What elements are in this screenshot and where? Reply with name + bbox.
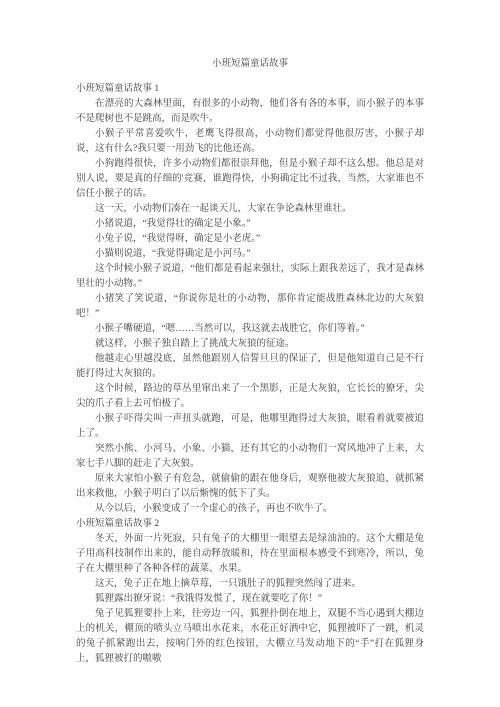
story-paragraph: 兔子见狐狸要扑上来，往旁边一闪，狐狸扑倒在地上，双腿不当心遇到大棚边上的机关，棚…	[76, 607, 424, 667]
story-paragraph: 小猴子吓得尖叫一声扭头就跑，可是，他哪里跑得过大灰狼，眼看着就要被追上了。	[76, 412, 424, 442]
story-paragraph: 小猴子嘴硬道，“嗯……当然可以，我这就去战胜它，你们等着。”	[76, 322, 424, 337]
document-page: 小班短篇童话故事 小班短篇童话故事 1在漂亮的大森林里面，有很多的小动物，他们各…	[0, 0, 500, 707]
story-paragraph: 原来大家怕小猴子有危急，就偷偷的跟在他身后，观察他被大灰狼追，就抓紧出来救他，小…	[76, 472, 424, 502]
story-paragraph: 就这样，小猴子独自踏上了挑战大灰狼的征途。	[76, 337, 424, 352]
story-paragraph: 这天，兔子正在地上摘草莓，一只饿肚子的狐狸突然闯了进来。	[76, 577, 424, 592]
story-paragraph: 这一天，小动物们凑在一起谈天儿，大家在争论森林里谁壮。	[76, 202, 424, 217]
story-paragraph: 小猪笑了笑说道，“你说你是壮的小动物，那你肯定能战胜森林北边的大灰狼吧！”	[76, 292, 424, 322]
story-paragraph: 突然小熊、小河马、小象、小猫，还有其它的小动物们一窝风地冲了上来，大家七手八脚的…	[76, 442, 424, 472]
story-paragraph: 在漂亮的大森林里面，有很多的小动物，他们各有各的本事，而小猴子的本事不是爬树也不…	[76, 97, 424, 127]
story-paragraph: 狐狸露出獠牙说：“我饿得发慌了，现在就要吃了你！”	[76, 592, 424, 607]
sections-container: 小班短篇童话故事 1在漂亮的大森林里面，有很多的小动物，他们各有各的本事，而小猴…	[76, 82, 424, 667]
story-paragraph: 这个时候小猴子说道，“他们都是看起来强壮，实际上跟我差远了，我才是森林里壮的小动…	[76, 262, 424, 292]
story-paragraph: 这个时候，路边的草丛里窜出来了一个黑影，正是大灰狼，它长长的獠牙，尖尖的爪子看上…	[76, 382, 424, 412]
story-paragraph: 小猫则说道，“我觉得确定是小河马。”	[76, 247, 424, 262]
story-paragraph: 冬天，外面一片死寂，只有兔子的大棚里一眼望去是绿油油的。这个大棚是兔子用高科技制…	[76, 532, 424, 577]
story-paragraph: 小猪说道，“我觉得壮的确定是小象。”	[76, 217, 424, 232]
page-title: 小班短篇童话故事	[76, 57, 424, 72]
section-heading: 小班短篇童话故事 1	[76, 82, 424, 97]
story-paragraph: 小狗跑得很快，许多小动物们都很崇拜他，但是小猴子却不这么想。他总是对别人说，要是…	[76, 157, 424, 202]
story-paragraph: 小猴子平常喜爱吹牛，老鹰飞得很高，小动物们都觉得他很厉害，小猴子却说，这有什么?…	[76, 127, 424, 157]
story-paragraph: 小兔子说，“我觉得呀，确定是小老虎。”	[76, 232, 424, 247]
story-paragraph: 从今以后，小猴变成了一个虚心的孩子，再也不吹牛了。	[76, 502, 424, 517]
section-heading: 小班短篇童话故事 2	[76, 517, 424, 532]
story-paragraph: 他越走心里越没底，虽然他跟别人信誓旦旦的保证了，但是他知道自己是不行能打得过大灰…	[76, 352, 424, 382]
